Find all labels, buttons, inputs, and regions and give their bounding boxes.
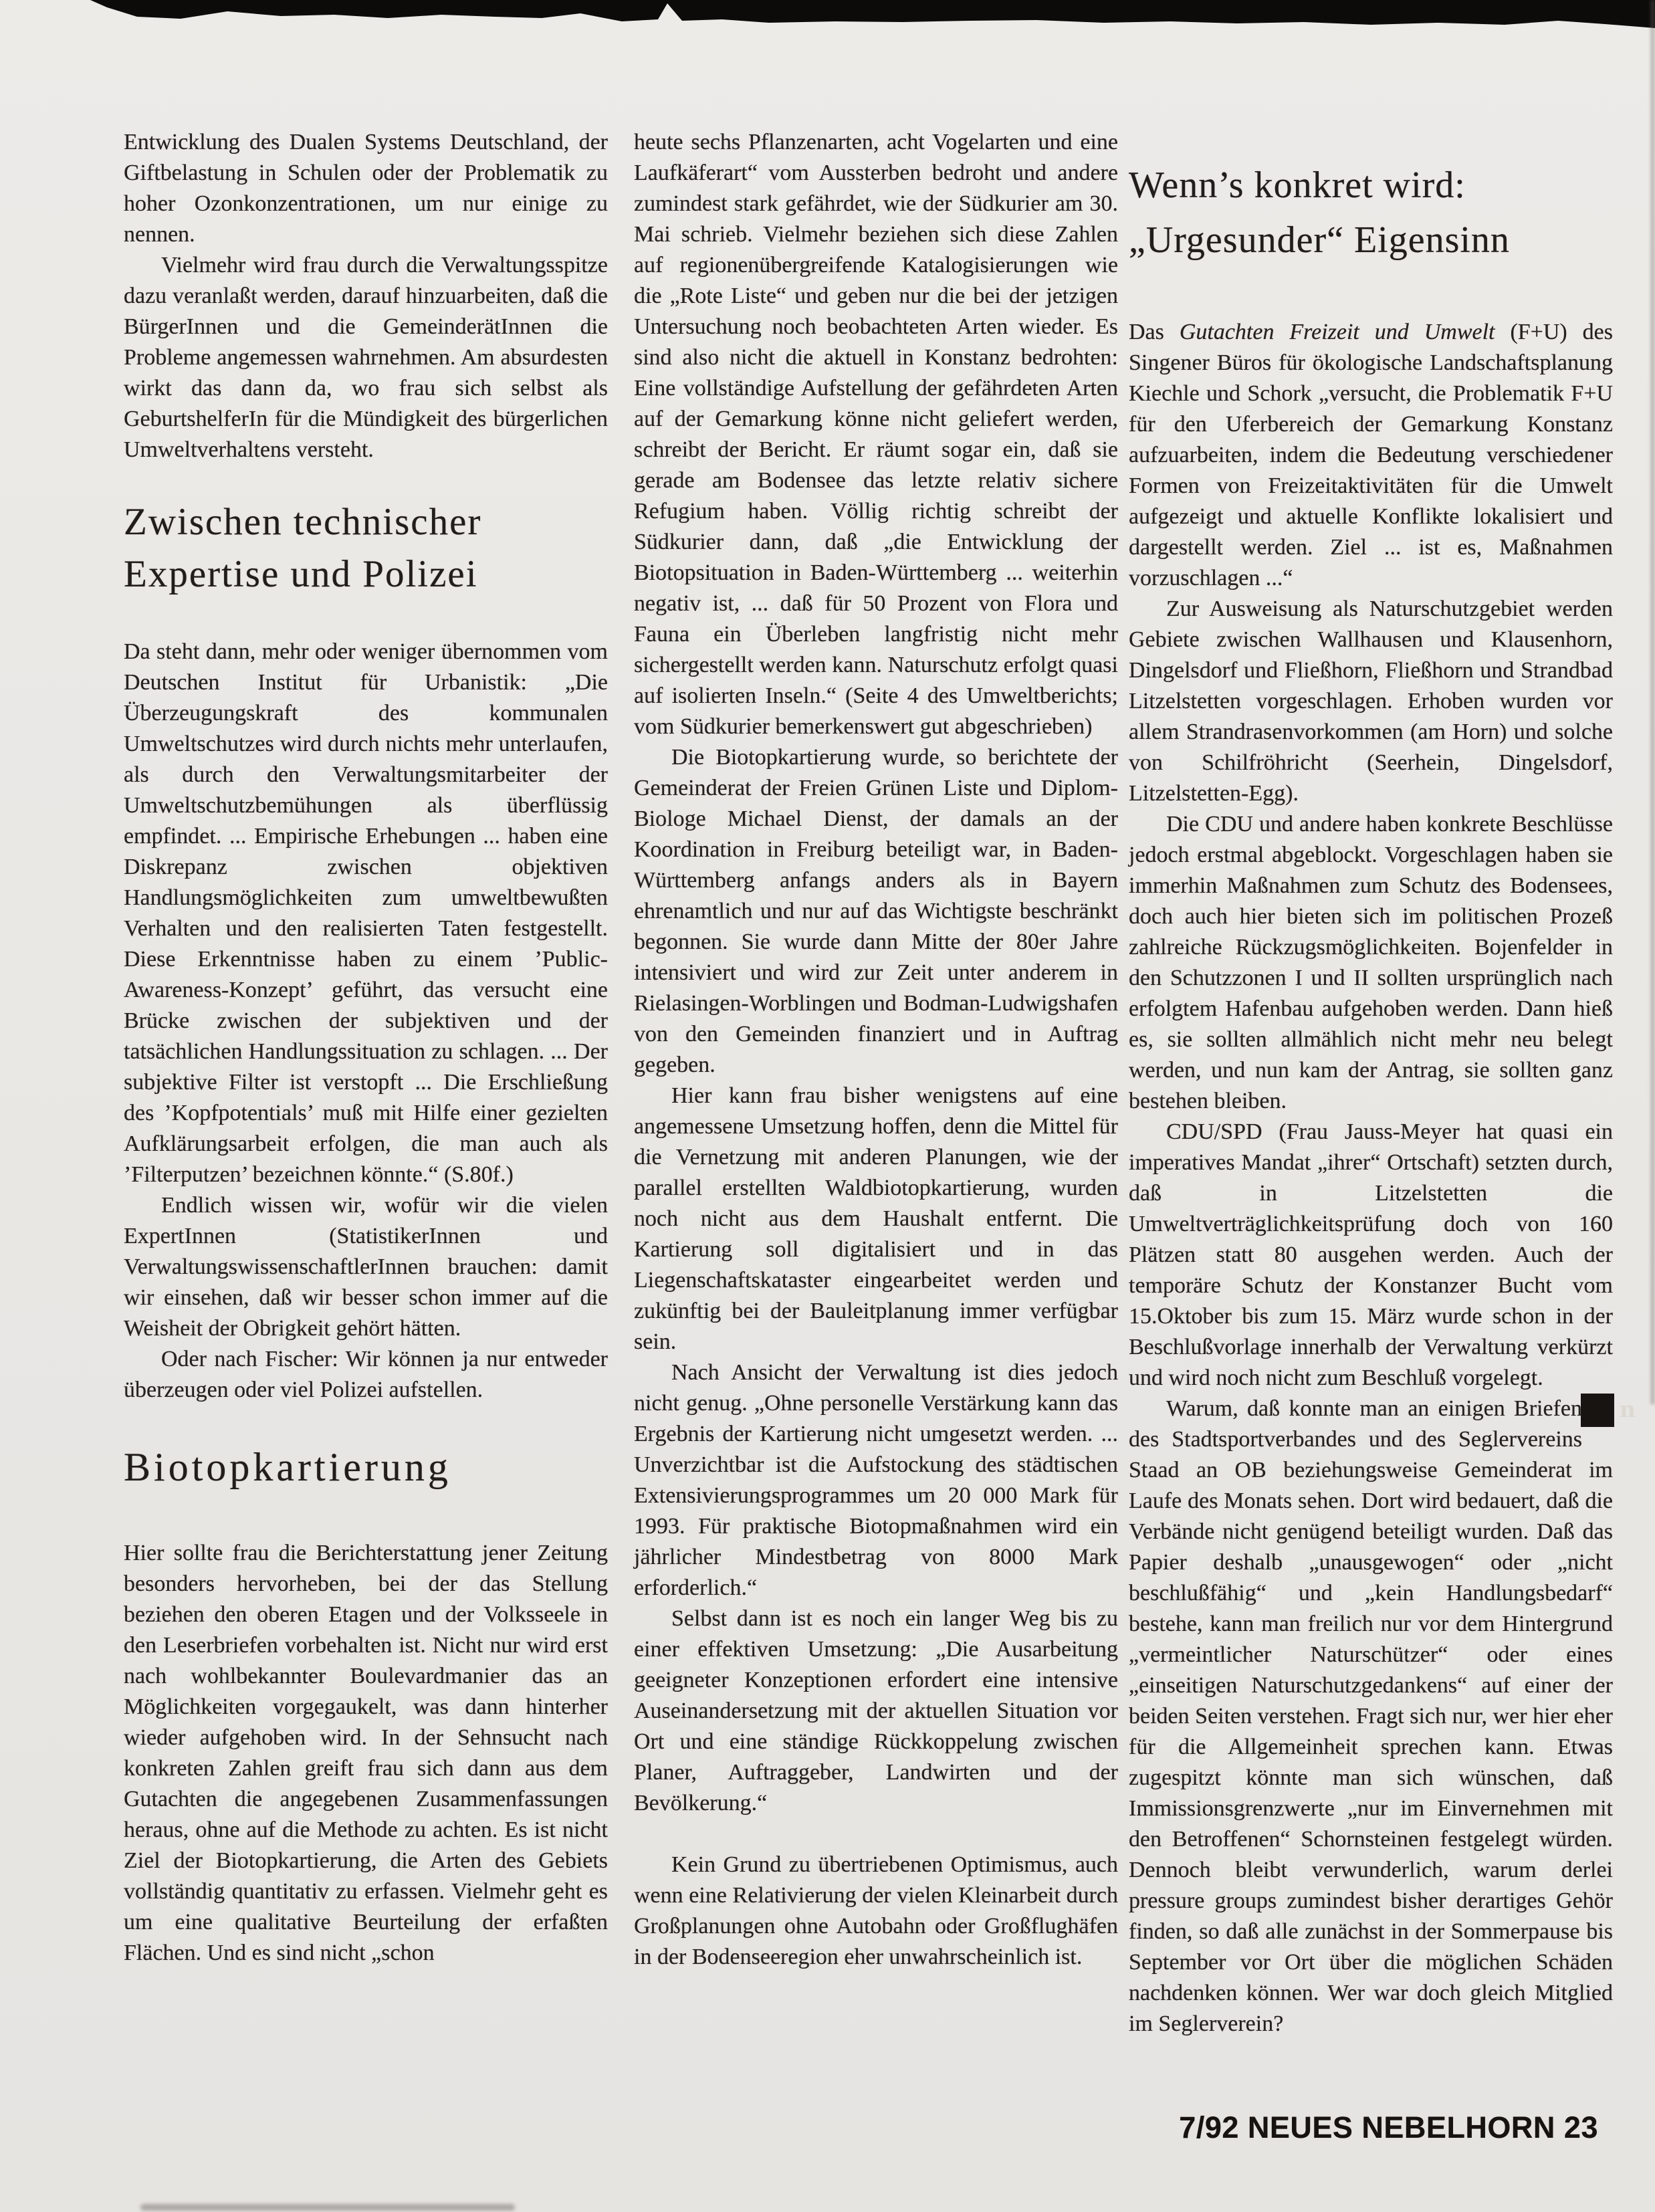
- paragraph: Das Gutachten Freizeit und Umwelt (F+U) …: [1129, 317, 1613, 594]
- heading-line: Expertise und Polizei: [124, 548, 608, 600]
- paragraph: Entwicklung des Dualen Systems Deutschla…: [124, 127, 608, 250]
- paragraph: Selbst dann ist es noch ein langer Weg b…: [634, 1603, 1118, 1819]
- text-run: (F+U) des Singener Büros für ökologische…: [1129, 320, 1613, 590]
- paragraph: Hier sollte frau die Berichterstattung j…: [124, 1538, 608, 1969]
- paragraph: heute sechs Pflanzenarten, acht Vogelart…: [634, 127, 1118, 742]
- scan-edge-artifact-right: [1650, 0, 1655, 1404]
- scanned-magazine-page: Entwicklung des Dualen Systems Deutschla…: [0, 0, 1655, 2212]
- scan-edge-artifact-bottom: [140, 2204, 515, 2211]
- paragraph: Hier kann frau bisher wenigstens auf ein…: [634, 1081, 1118, 1357]
- paragraph: Zur Ausweisung als Naturschutzgebiet wer…: [1129, 594, 1613, 809]
- paragraph: Die CDU und andere haben konkrete Beschl…: [1129, 809, 1613, 1117]
- paragraph: nWarum, daß konnte man an einigen Briefe…: [1129, 1394, 1613, 2039]
- column-middle: heute sechs Pflanzenarten, acht Vogelart…: [634, 127, 1118, 1973]
- section-heading-eigensinn: Wenn’s konkret wird: „Urgesunder“ Eigens…: [1129, 158, 1613, 267]
- paragraph: Oder nach Fischer: Wir können ja nur ent…: [124, 1344, 608, 1406]
- paragraph: Da steht dann, mehr oder weniger übernom…: [124, 637, 608, 1190]
- section-heading-expertise: Zwischen technischer Expertise und Poliz…: [124, 496, 608, 600]
- text-run: Das: [1129, 320, 1180, 344]
- text-run: Warum, daß konnte man an einigen Briefen…: [1129, 1396, 1613, 2036]
- column-right: Wenn’s konkret wird: „Urgesunder“ Eigens…: [1129, 131, 1613, 2039]
- paragraph: Nach Ansicht der Verwaltung ist dies jed…: [634, 1357, 1118, 1603]
- column-left: Entwicklung des Dualen Systems Deutschla…: [124, 127, 608, 1969]
- paragraph: Endlich wissen wir, wofür wir die vielen…: [124, 1190, 608, 1344]
- paragraph: Die Biotopkartierung wurde, so berichtet…: [634, 742, 1118, 1081]
- section-heading-biotopkartierung: Biotopkartierung: [124, 1443, 608, 1491]
- report-title-italic: Gutachten Freizeit und Umwelt: [1180, 320, 1495, 344]
- heading-line: Wenn’s konkret wird:: [1129, 158, 1613, 213]
- paragraph: Vielmehr wird frau durch die Verwaltungs…: [124, 250, 608, 465]
- paragraph: Kein Grund zu übertriebenen Optimismus, …: [634, 1850, 1118, 1973]
- heading-line: „Urgesunder“ Eigensinn: [1129, 213, 1613, 267]
- heading-line: Zwischen technischer: [124, 496, 608, 548]
- end-of-article-icon: n: [1582, 1395, 1613, 1426]
- page-footer: 7/92 NEUES NEBELHORN 23: [1129, 2110, 1598, 2145]
- paragraph: CDU/SPD (Frau Jauss-Meyer hat quasi ein …: [1129, 1117, 1613, 1394]
- scan-edge-artifact-top: [0, 0, 1655, 40]
